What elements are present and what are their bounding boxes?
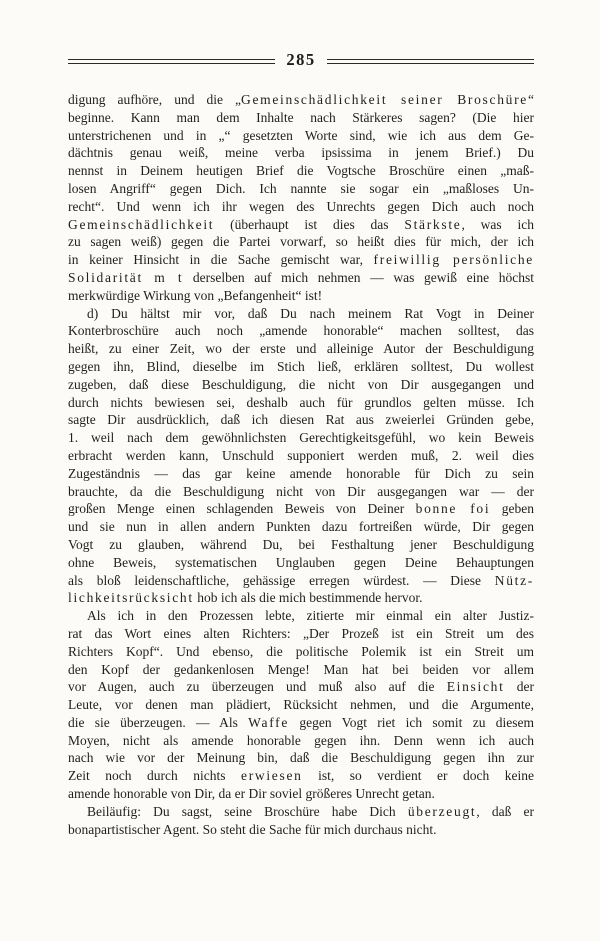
text-line: Solidarität m t derselben auf mich nehme… (68, 269, 534, 287)
text-segment: recht“. Und wenn ich ihr wegen des Unrec… (68, 199, 534, 214)
text-segment: hob ich als die mich bestimmende hervor. (194, 590, 423, 605)
emphasized-text-segment: bonne foi (416, 501, 491, 516)
text-line: beginne. Kann man dem Inhalte nach Stärk… (68, 109, 534, 127)
text-line: nach wie vor der Meinung bin, daß die Be… (68, 749, 534, 767)
text-segment: Zeit noch durch nichts (68, 768, 241, 783)
text-line: in keiner Hinsicht in die Sache gemischt… (68, 251, 534, 269)
text-segment: rat das Wort eines alten Richters: „Der … (68, 626, 534, 641)
text-segment: losen Angriff“ gegen Dich. Ich nannte si… (68, 181, 534, 196)
emphasized-text-segment: Solidarität m t (68, 270, 183, 285)
text-line: ohne Beweis, systematischen Unglauben ge… (68, 554, 534, 572)
text-line: heißt, zu einer Zeit, wo der erste und a… (68, 340, 534, 358)
text-line: Richters Kopf“. Und ebenso, die politisc… (68, 643, 534, 661)
header-rule-right (327, 59, 534, 64)
text-line: vor Augen, auch zu überzeugen und muß al… (68, 678, 534, 696)
text-segment: beginne. Kann man dem Inhalte nach Stärk… (68, 110, 534, 125)
text-segment: unterstrichenen und in „“ gesetzten Wort… (68, 128, 534, 143)
text-line: den Kopf der gedankenlosen Menge! Man ha… (68, 661, 534, 679)
emphasized-text-segment: Stärkste (404, 217, 461, 232)
text-segment: den Kopf der gedankenlosen Menge! Man ha… (68, 662, 534, 677)
text-segment: der (505, 679, 534, 694)
text-line: rat das Wort eines alten Richters: „Der … (68, 625, 534, 643)
text-line: Moyen, nicht als amende honorable gegen … (68, 732, 534, 750)
text-line: durch nichts bewiesen sei, deshalb auch … (68, 394, 534, 412)
text-segment: geben (490, 501, 534, 516)
emphasized-text-segment: überzeugt (408, 804, 477, 819)
text-line: digung aufhöre, und die „Gemeinschädlich… (68, 91, 534, 109)
text-segment: ist, so verdient er doch keine (303, 768, 534, 783)
text-segment: Beiläufig: Du sagst, seine Broschüre hab… (87, 804, 408, 819)
text-segment: Zugeständnis — das gar keine amende hono… (68, 466, 534, 481)
text-line: Konterbroschüre auch noch „amende honora… (68, 322, 534, 340)
text-line: lichkeitsrücksicht hob ich als die mich … (68, 589, 534, 607)
emphasized-text-segment: lichkeitsrücksicht (68, 590, 194, 605)
text-segment: Konterbroschüre auch noch „amende honora… (68, 323, 534, 338)
emphasized-text-segment: Nütz- (495, 573, 534, 588)
emphasized-text-segment: erwiesen (241, 768, 303, 783)
text-line: erbracht werden kann, Unschuld supponier… (68, 447, 534, 465)
text-line: nennst in Deinem heutigen Brief die Vogt… (68, 162, 534, 180)
header-rule-left (68, 59, 275, 64)
text-line: Als ich in den Prozessen lebte, zitierte… (68, 607, 534, 625)
text-segment: merkwürdige Wirkung von „Befangenheit“ i… (68, 288, 322, 303)
text-line: amende honorable von Dir, da er Dir sovi… (68, 785, 534, 803)
text-line: dächtnis genau weiß, meine verba ipsissi… (68, 144, 534, 162)
text-segment: 1. weil nach dem gewöhnlichsten Gerechti… (68, 430, 534, 445)
text-segment: die sie überzeugen. — Als (68, 715, 248, 730)
text-line: merkwürdige Wirkung von „Befangenheit“ i… (68, 287, 534, 305)
text-line: Gemeinschädlichkeit (überhaupt ist dies … (68, 216, 534, 234)
text-segment: derselben auf mich nehmen — was gewiß ei… (183, 270, 534, 285)
text-line: Vogt zu glauben, während Du, bei Festhal… (68, 536, 534, 554)
text-segment: , daß er (476, 804, 534, 819)
text-segment: heißt, zu einer Zeit, wo der erste und a… (68, 341, 534, 356)
text-segment: sagte Dir ausdrücklich, daß ich diesen R… (68, 412, 534, 427)
text-line: recht“. Und wenn ich ihr wegen des Unrec… (68, 198, 534, 216)
text-segment: , was ich (461, 217, 534, 232)
text-segment: als bloß leidenschaftliche, gehässige er… (68, 573, 495, 588)
text-line: bonapartistischer Agent. So steht die Sa… (68, 821, 534, 839)
text-segment: gegen Vogt riet ich somit zu diesem (289, 715, 534, 730)
text-segment: brauchte, da die Beschuldigung nicht von… (68, 484, 534, 499)
emphasized-text-segment: Einsicht (447, 679, 505, 694)
text-segment: Vogt zu glauben, während Du, bei Festhal… (68, 537, 534, 552)
text-segment: durch nichts bewiesen sei, deshalb auch … (68, 395, 534, 410)
text-segment: “ (528, 92, 534, 107)
text-line: zugeben, daß diese Beschuldigung, die ni… (68, 376, 534, 394)
text-segment: (überhaupt ist dies das (214, 217, 404, 232)
text-line: brauchte, da die Beschuldigung nicht von… (68, 483, 534, 501)
text-segment: Moyen, nicht als amende honorable gegen … (68, 733, 534, 748)
emphasized-text-segment: Gemeinschädlichkeit seiner Broschüre (241, 92, 528, 107)
text-line: zu sagen weiß) gegen die Partei vorwarf,… (68, 233, 534, 251)
text-segment: erbracht werden kann, Unschuld supponier… (68, 448, 534, 463)
text-segment: bonapartistischer Agent. So steht die Sa… (68, 822, 437, 837)
text-line: 1. weil nach dem gewöhnlichsten Gerechti… (68, 429, 534, 447)
text-segment: zu sagen weiß) gegen die Partei vorwarf,… (68, 234, 534, 249)
text-block: digung aufhöre, und die „Gemeinschädlich… (68, 91, 534, 838)
emphasized-text-segment: freiwillig persönliche (374, 252, 534, 267)
text-segment: ohne Beweis, systematischen Unglauben ge… (68, 555, 534, 570)
text-segment: Richters Kopf“. Und ebenso, die politisc… (68, 644, 534, 659)
page-number: 285 (275, 52, 326, 68)
text-segment: dächtnis genau weiß, meine verba ipsissi… (68, 145, 534, 160)
text-segment: digung aufhöre, und die „ (68, 92, 241, 107)
text-segment: gegen ihn, Blind, dieselbe im Stich ließ… (68, 359, 534, 374)
text-line: und sie nun in allen andern Punkten dazu… (68, 518, 534, 536)
text-segment: Als ich in den Prozessen lebte, zitierte… (87, 608, 534, 623)
text-line: d) Du hältst mir vor, daß Du nach meinem… (68, 305, 534, 323)
text-line: sagte Dir ausdrücklich, daß ich diesen R… (68, 411, 534, 429)
text-line: Zeit noch durch nichts erwiesen ist, so … (68, 767, 534, 785)
text-segment: und sie nun in allen andern Punkten dazu… (68, 519, 534, 534)
text-line: Leute, vor denen man plädiert, Rücksicht… (68, 696, 534, 714)
page-header: 285 (68, 53, 534, 69)
text-line: Beiläufig: Du sagst, seine Broschüre hab… (68, 803, 534, 821)
text-line: gegen ihn, Blind, dieselbe im Stich ließ… (68, 358, 534, 376)
text-segment: nach wie vor der Meinung bin, daß die Be… (68, 750, 534, 765)
text-segment: d) Du hältst mir vor, daß Du nach meinem… (87, 306, 534, 321)
text-line: großen Menge einen schlagenden Beweis vo… (68, 500, 534, 518)
text-segment: vor Augen, auch zu überzeugen und muß al… (68, 679, 447, 694)
scanned-page: 285 digung aufhöre, und die „Gemeinschäd… (0, 0, 600, 941)
emphasized-text-segment: Waffe (248, 715, 289, 730)
text-segment: nennst in Deinem heutigen Brief die Vogt… (68, 163, 534, 178)
text-segment: in keiner Hinsicht in die Sache gemischt… (68, 252, 374, 267)
text-line: losen Angriff“ gegen Dich. Ich nannte si… (68, 180, 534, 198)
text-segment: großen Menge einen schlagenden Beweis vo… (68, 501, 416, 516)
text-line: die sie überzeugen. — Als Waffe gegen Vo… (68, 714, 534, 732)
text-segment: Leute, vor denen man plädiert, Rücksicht… (68, 697, 534, 712)
text-segment: zugeben, daß diese Beschuldigung, die ni… (68, 377, 534, 392)
text-line: Zugeständnis — das gar keine amende hono… (68, 465, 534, 483)
text-line: unterstrichenen und in „“ gesetzten Wort… (68, 127, 534, 145)
text-segment: amende honorable von Dir, da er Dir sovi… (68, 786, 435, 801)
emphasized-text-segment: Gemeinschädlichkeit (68, 217, 214, 232)
text-line: als bloß leidenschaftliche, gehässige er… (68, 572, 534, 590)
